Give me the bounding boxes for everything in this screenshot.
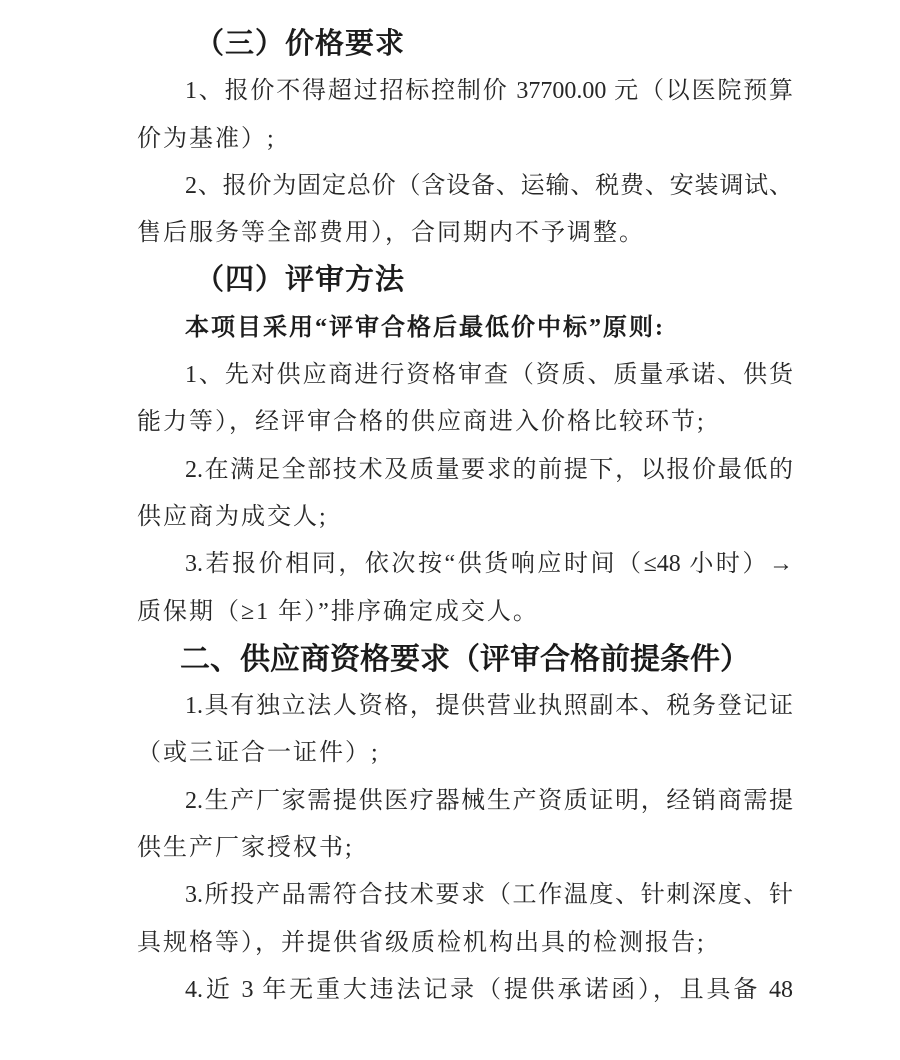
qualification-item-4: 4.近 3 年无重大违法记录（提供承诺函），且具备 48 [137, 967, 793, 1014]
evaluation-item-3: 3.若报价相同，依次按“供货响应时间（≤48 小时）→质保期（≥1 年）”排序确… [137, 541, 793, 636]
text-line: 2.在满足全部技术及质量要求的前提下，以报价最低的 [137, 447, 793, 494]
text-line: 供应商为成交人; [137, 494, 793, 541]
text-line: （或三证合一证件）; [137, 730, 793, 777]
supplier-qualification-heading: 二、供应商资格要求（评审合格前提条件） [137, 636, 793, 683]
text-line: 2、报价为固定总价（含设备、运输、税费、安装调试、 [137, 163, 793, 210]
price-requirements-heading: （三）价格要求 [137, 21, 793, 68]
price-item-1: 1、报价不得超过招标控制价 37700.00 元（以医院预算价为基准）; [137, 68, 793, 163]
text-line: 质保期（≥1 年）”排序确定成交人。 [137, 589, 793, 636]
document-content: （三）价格要求1、报价不得超过招标控制价 37700.00 元（以医院预算价为基… [137, 21, 793, 1014]
qualification-item-2: 2.生产厂家需提供医疗器械生产资质证明，经销商需提供生产厂家授权书; [137, 778, 793, 873]
evaluation-item-2: 2.在满足全部技术及质量要求的前提下，以报价最低的供应商为成交人; [137, 447, 793, 542]
text-line: 价为基准）; [137, 116, 793, 163]
text-line: 具规格等），并提供省级质检机构出具的检测报告; [137, 920, 793, 967]
heading-line: 二、供应商资格要求（评审合格前提条件） [137, 636, 793, 683]
text-line: 3.若报价相同，依次按“供货响应时间（≤48 小时）→ [137, 541, 793, 588]
heading-line: （四）评审方法 [137, 257, 793, 304]
text-line: 2.生产厂家需提供医疗器械生产资质证明，经销商需提 [137, 778, 793, 825]
evaluation-principle: 本项目采用“评审合格后最低价中标”原则: [137, 305, 793, 352]
qualification-item-1: 1.具有独立法人资格，提供营业执照副本、税务登记证（或三证合一证件）; [137, 683, 793, 778]
text-line: 售后服务等全部费用），合同期内不予调整。 [137, 210, 793, 257]
text-line: 3.所投产品需符合技术要求（工作温度、针刺深度、针 [137, 872, 793, 919]
evaluation-item-1: 1、先对供应商进行资格审查（资质、质量承诺、供货能力等），经评审合格的供应商进入… [137, 352, 793, 447]
text-line: 1.具有独立法人资格，提供营业执照副本、税务登记证 [137, 683, 793, 730]
heading-line: （三）价格要求 [137, 21, 793, 68]
evaluation-method-heading: （四）评审方法 [137, 257, 793, 304]
text-line: 本项目采用“评审合格后最低价中标”原则: [137, 305, 793, 352]
qualification-item-3: 3.所投产品需符合技术要求（工作温度、针刺深度、针具规格等），并提供省级质检机构… [137, 872, 793, 967]
document-page: （三）价格要求1、报价不得超过招标控制价 37700.00 元（以医院预算价为基… [0, 0, 900, 1060]
text-line: 1、报价不得超过招标控制价 37700.00 元（以医院预算 [137, 68, 793, 115]
price-item-2: 2、报价为固定总价（含设备、运输、税费、安装调试、售后服务等全部费用），合同期内… [137, 163, 793, 258]
text-line: 供生产厂家授权书; [137, 825, 793, 872]
text-line: 4.近 3 年无重大违法记录（提供承诺函），且具备 48 [137, 967, 793, 1014]
text-line: 能力等），经评审合格的供应商进入价格比较环节; [137, 399, 793, 446]
text-line: 1、先对供应商进行资格审查（资质、质量承诺、供货 [137, 352, 793, 399]
